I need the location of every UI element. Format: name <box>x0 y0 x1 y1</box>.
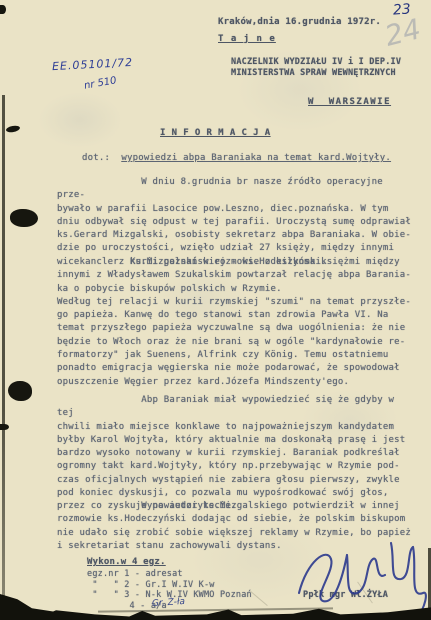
recipient-city: W WARSZAWIE <box>308 96 391 109</box>
scan-blob-top-left <box>0 5 6 14</box>
recipient-line-1: NACZELNIK WYDZIAŁU IV i I DEP.IV <box>231 57 401 68</box>
paragraph-3: Abp Baraniak miał wypowiedzieć się że gd… <box>57 394 411 514</box>
subject-spacer <box>110 153 121 163</box>
crease-tick-1 <box>250 591 267 606</box>
handwritten-registry-number-2: nr 510 <box>83 75 117 92</box>
subject-label: dot.: <box>82 153 110 163</box>
copies-header: Wykon.w 4 egz. <box>87 556 166 569</box>
scan-edge-left <box>2 95 5 620</box>
place-date-line: Kraków,dnia 16.grudnia 1972r. <box>218 16 381 29</box>
classification-stamp: T a j n e <box>218 33 276 46</box>
subject-text: wypowiedzi abpa Baraniaka na temat kard.… <box>121 153 391 163</box>
paragraph-2: Ks.Mizgalski w rozmowie z kilkoma księżm… <box>57 256 411 389</box>
handwritten-registry-number: EE.05101/72 <box>52 56 134 73</box>
scan-blob-4 <box>0 424 9 430</box>
subject-line: dot.: wypowiedzi abpa Baraniaka na temat… <box>82 152 391 165</box>
document-title: I N F O R M A C J A <box>160 127 271 140</box>
scan-blob-1 <box>6 125 21 133</box>
scanned-document-page: Kraków,dnia 16.grudnia 1972r. T a j n e … <box>0 0 431 620</box>
handwritten-pencil-number: 24 <box>382 12 425 53</box>
recipient-line-2: MINISTERSTWA SPRAW WEWNĘTRZNYCH <box>231 68 396 79</box>
scan-blob-3 <box>8 381 32 401</box>
scan-blob-2 <box>10 209 38 227</box>
